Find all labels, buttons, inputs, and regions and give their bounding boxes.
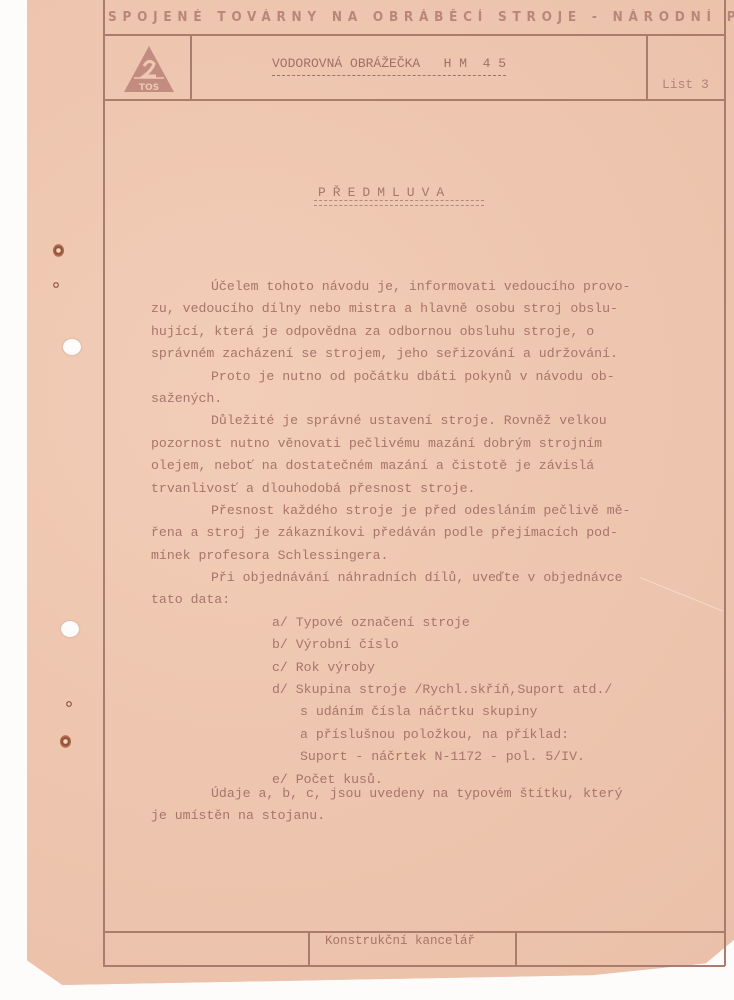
- text-line: hující, která je odpovědna za odbornou o…: [151, 321, 711, 343]
- footer-bottom-rule: [103, 965, 725, 967]
- header-bottom-rule: [103, 99, 725, 101]
- closing-paragraph: Údaje a, b, c, jsou uvedeny na typovém š…: [151, 783, 711, 828]
- rust-mark: [66, 701, 72, 707]
- svg-text:TOS: TOS: [139, 83, 159, 93]
- text-line: mínek profesora Schlessingera.: [151, 545, 711, 567]
- rust-mark: [53, 244, 64, 257]
- punch-hole: [61, 621, 79, 637]
- list-item: c/ Rok výroby: [151, 657, 711, 679]
- text-line: sažených.: [151, 388, 711, 410]
- punch-hole: [63, 339, 81, 355]
- text-line: Proto je nutno od počátku dbáti pokynů v…: [151, 366, 711, 388]
- footer-department: Konstrukční kancelář: [325, 934, 475, 948]
- logo-divider-rule: [190, 35, 192, 99]
- text-line: správném zacházení se strojem, jeho seři…: [151, 343, 711, 365]
- list-item: b/ Výrobní číslo: [151, 634, 711, 656]
- list-item: s udáním čísla náčrtku skupiny: [151, 701, 711, 723]
- sheet-number: List 3: [662, 77, 709, 92]
- text-line: je umístěn na stojanu.: [151, 805, 711, 827]
- text-line: Účelem tohoto návodu je, informovati ved…: [151, 276, 711, 298]
- preface-body: Účelem tohoto návodu je, informovati ved…: [151, 276, 711, 791]
- footer-top-rule: [103, 931, 725, 933]
- text-line: tato data:: [151, 589, 711, 611]
- rust-mark: [60, 735, 71, 748]
- text-line: řena a stroj je zákazníkovi předáván pod…: [151, 522, 711, 544]
- list-item: a příslušnou položkou, na příklad:: [151, 724, 711, 746]
- footer-divider-right: [515, 932, 517, 965]
- section-heading: PŘEDMLUVA: [318, 185, 451, 200]
- text-line: zu, vedoucího dílny nebo mistra a hlavně…: [151, 298, 711, 320]
- frame-right-rule: [724, 0, 726, 966]
- sheet-divider-rule: [646, 35, 648, 99]
- heading-double-underline: [314, 200, 484, 206]
- text-line: Důležité je správné ustavení stroje. Rov…: [151, 410, 711, 432]
- text-line: olejem, neboť na dostatečném mazání a či…: [151, 455, 711, 477]
- company-name: SPOJENÉ TOVÁRNY NA OBRÁBĚCÍ STROJE - NÁR…: [108, 6, 685, 30]
- text-line: Údaje a, b, c, jsou uvedeny na typovém š…: [151, 783, 711, 805]
- footer-divider-left: [308, 932, 310, 965]
- tos-logo-icon: TOS: [122, 44, 176, 94]
- list-item: d/ Skupina stroje /Rychl.skříň,Suport at…: [151, 679, 711, 701]
- document-title: VODOROVNÁ OBRÁŽEČKA H M 4 5: [272, 56, 506, 76]
- frame-left-rule: [103, 0, 105, 966]
- text-line: Při objednávání náhradních dílů, uveďte …: [151, 567, 711, 589]
- list-item: Suport - náčrtek N-1172 - pol. 5/IV.: [151, 746, 711, 768]
- rust-mark: [53, 282, 59, 288]
- text-line: trvanlivosť a dlouhodobá přesnost stroje…: [151, 478, 711, 500]
- header-top-rule: [103, 34, 725, 36]
- text-line: pozornost nutno věnovati pečlivému mazán…: [151, 433, 711, 455]
- list-item: a/ Typové označení stroje: [151, 612, 711, 634]
- text-line: Přesnost každého stroje je před odeslání…: [151, 500, 711, 522]
